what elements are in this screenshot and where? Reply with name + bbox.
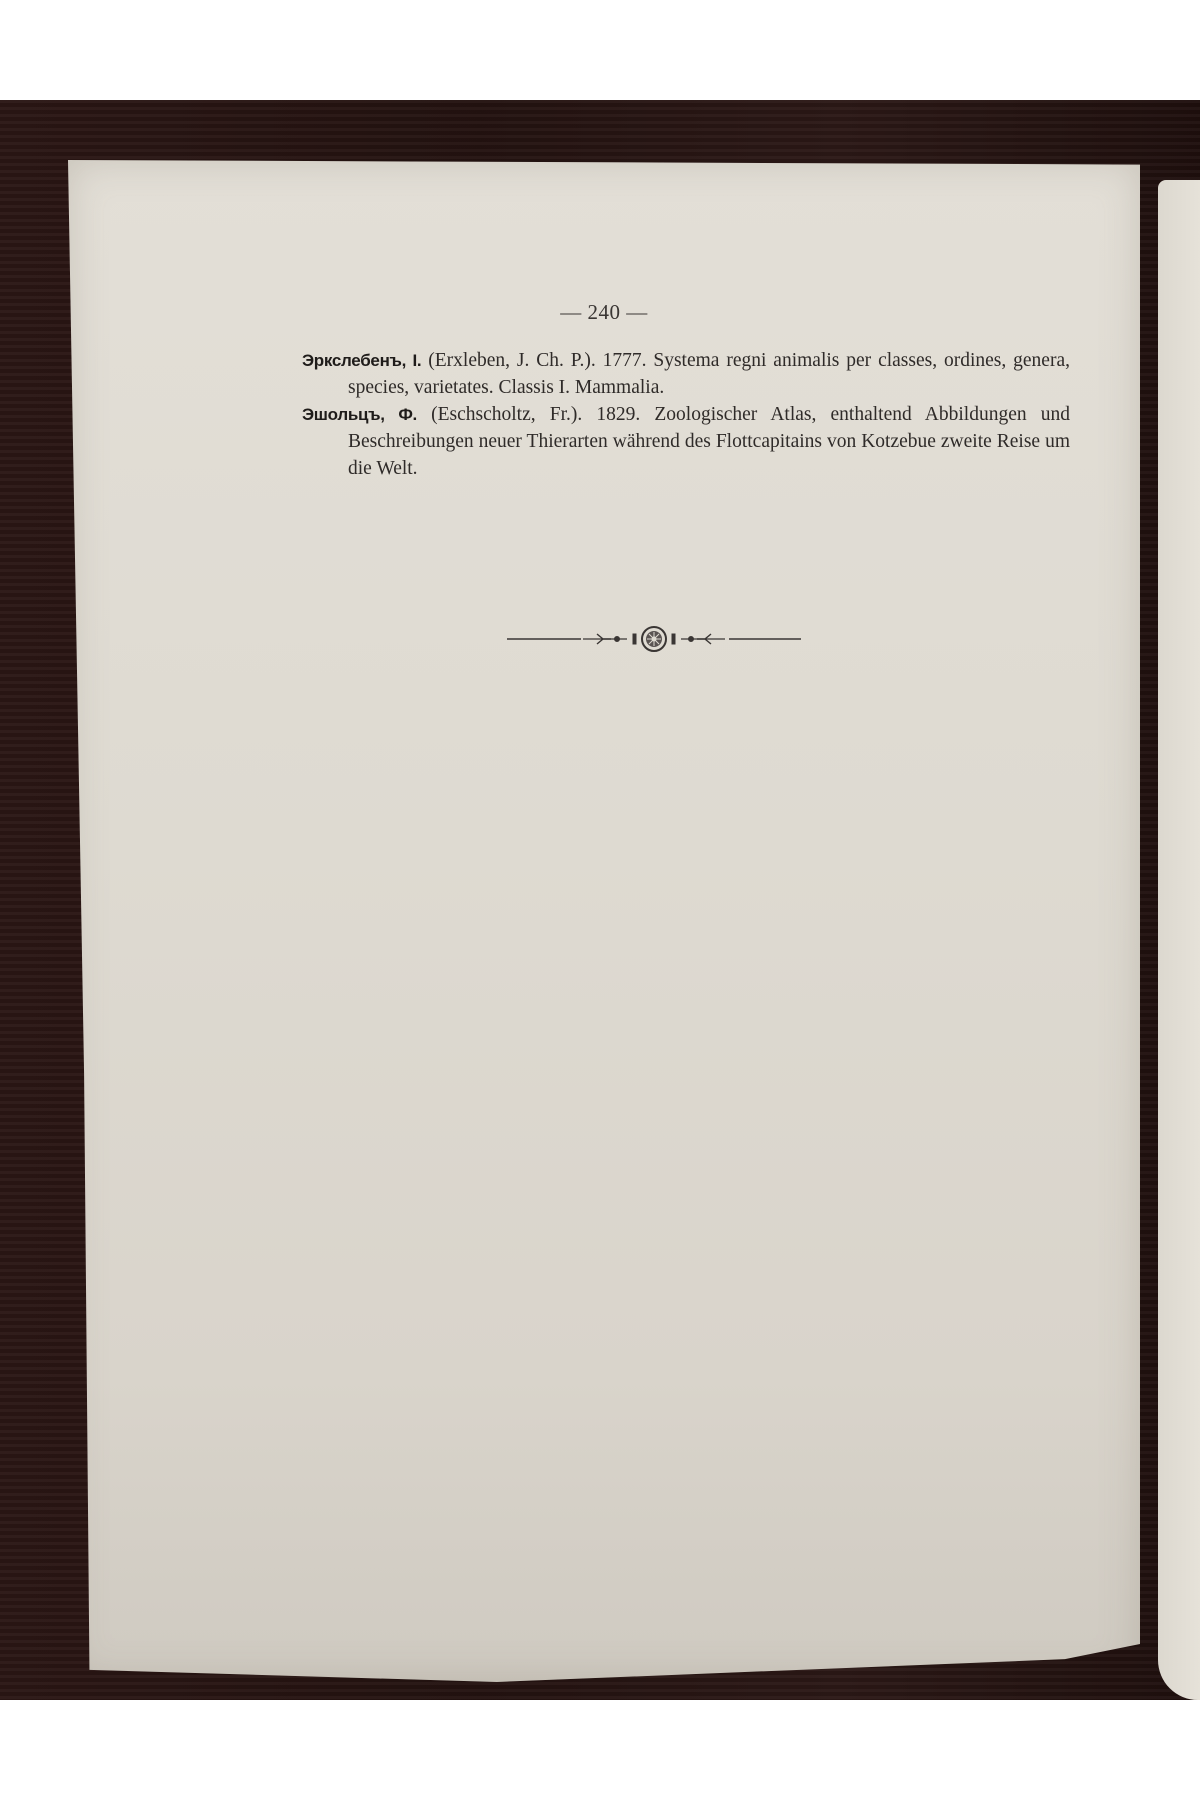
bibliography-list: Эркслебенъ, I. (Erxleben, J. Ch. P.). 17… (302, 347, 1070, 482)
entry-author: Эркслебенъ, I. (302, 351, 421, 370)
entry-author: Эшольцъ, Ф. (302, 405, 417, 424)
page-number: — 240 — (68, 300, 1140, 325)
ornament-divider-icon (507, 624, 801, 654)
bibliography-entry: Эшольцъ, Ф. (Eschscholtz, Fr.). 1829. Zo… (302, 401, 1070, 482)
entry-text: (Erxleben, J. Ch. P.). 1777. Systema reg… (348, 350, 1070, 398)
entry-text: (Eschscholtz, Fr.). 1829. Zoologischer A… (348, 404, 1070, 479)
bibliography-entry: Эркслебенъ, I. (Erxleben, J. Ch. P.). 17… (302, 347, 1070, 401)
next-page-edge (1158, 180, 1200, 1700)
book-page: — 240 — Эркслебенъ, I. (Erxleben, J. Ch.… (68, 160, 1140, 1682)
